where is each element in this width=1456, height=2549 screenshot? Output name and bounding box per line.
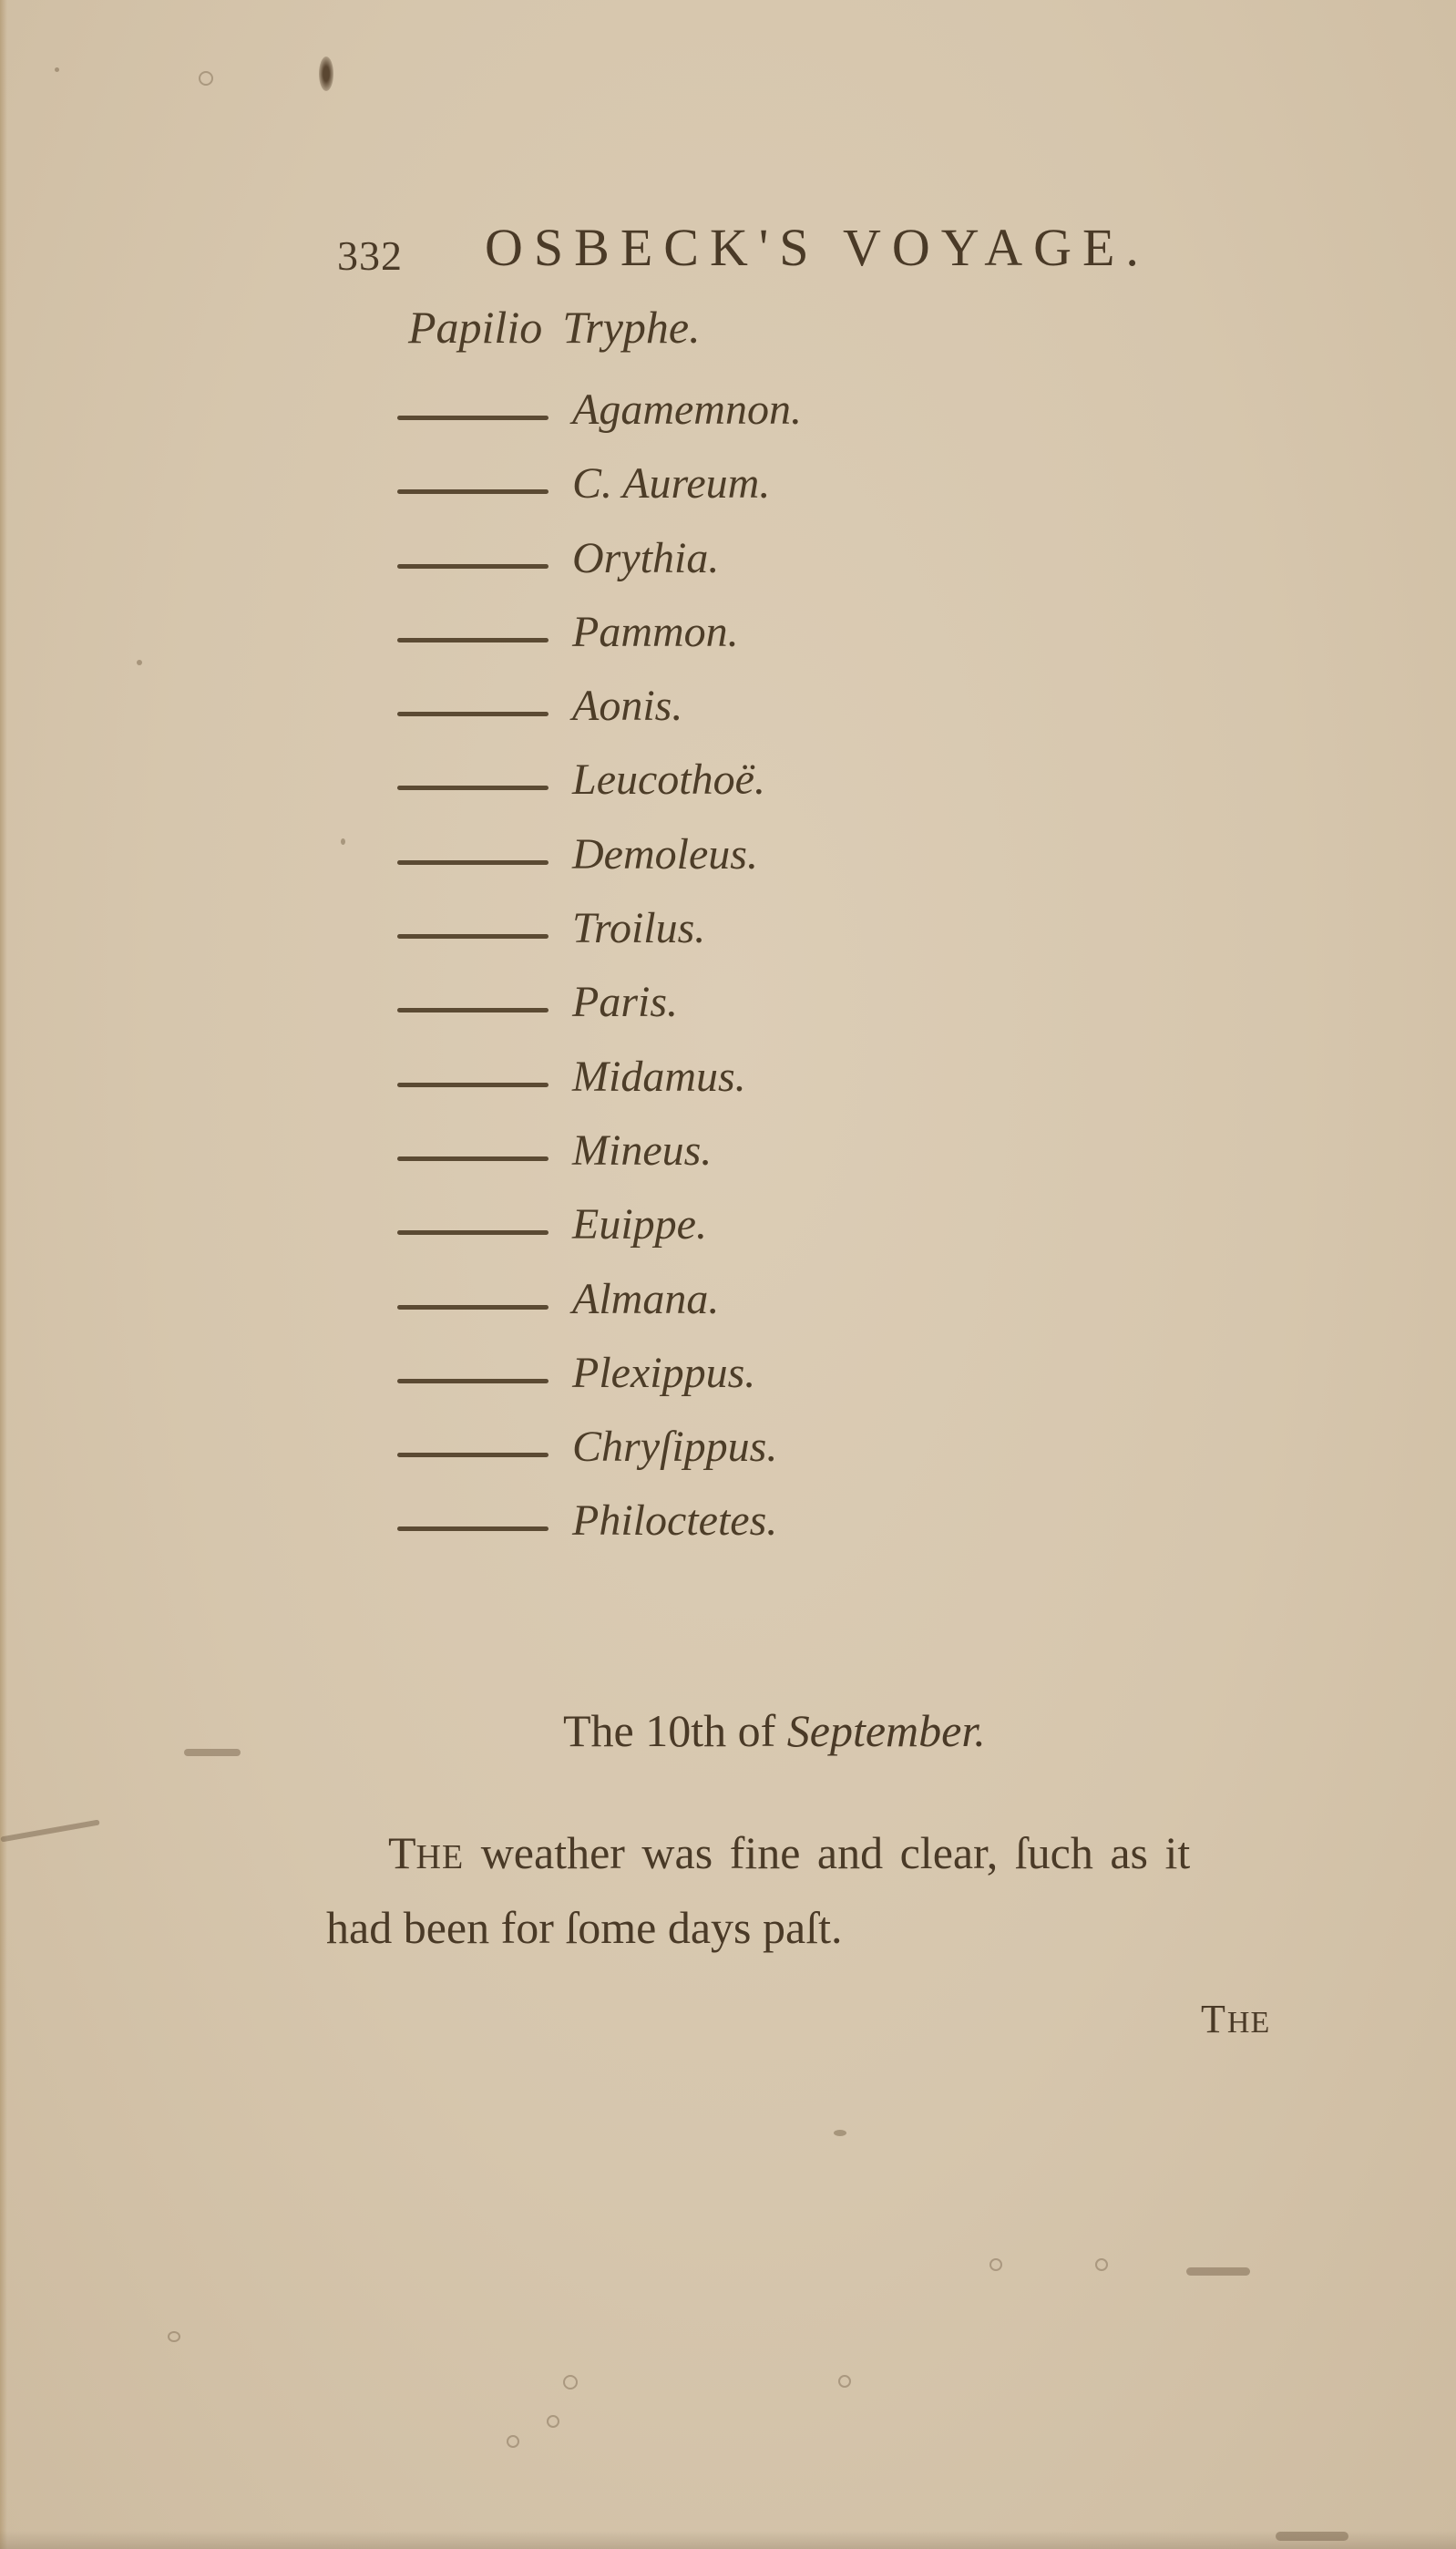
ditto-rule [397, 712, 549, 716]
species-name: Philoctetes. [572, 1495, 777, 1546]
page-number: 332 [337, 231, 403, 280]
date-heading-prefix: The 10th of [563, 1705, 787, 1756]
paper-smudge-decoration [1276, 2532, 1348, 2541]
species-name: Almana. [572, 1274, 719, 1324]
paper-speck-decoration [341, 838, 345, 845]
species-row: Pammon. [392, 607, 1030, 681]
catchword: THE [1201, 1996, 1270, 2042]
date-heading-month: September. [787, 1705, 986, 1756]
ditto-rule [397, 1453, 549, 1457]
small-caps-initial: T [388, 1827, 416, 1878]
species-row: Midamus. [392, 1052, 1030, 1125]
paper-speck-decoration [838, 2375, 851, 2388]
species-list-heading: PapilioTryphe. [408, 301, 701, 354]
paper-speck-decoration [168, 2331, 180, 2342]
paper-speck-decoration [563, 2375, 578, 2390]
species-name: Plexippus. [572, 1348, 755, 1398]
species-row: Almana. [392, 1274, 1030, 1348]
ditto-rule [397, 1305, 549, 1310]
paper-smudge-decoration [184, 1749, 241, 1756]
ditto-rule [397, 416, 549, 420]
species-name: C. Aureum. [572, 458, 770, 509]
paper-speck-decoration [834, 2130, 846, 2136]
species-name: Orythia. [572, 533, 719, 583]
species-name: Agamemnon. [572, 385, 802, 435]
species-row: Philoctetes. [392, 1495, 1030, 1569]
ditto-rule [397, 1083, 549, 1087]
running-head: 332 OSBECK'S VOYAGE. [337, 217, 1248, 281]
species-row: Mineus. [392, 1125, 1030, 1199]
paper-speck-decoration [1095, 2258, 1108, 2271]
date-heading: The 10th of September. [563, 1704, 986, 1757]
running-title: OSBECK'S VOYAGE. [485, 217, 1150, 278]
ditto-rule [397, 786, 549, 790]
paragraph-line-1-text: weather was fine and clear, ſuch as it [464, 1827, 1190, 1878]
ditto-rule [397, 1379, 549, 1383]
catchword-initial: T [1201, 1997, 1227, 2041]
paragraph-line-1: THE weather was fine and clear, ſuch as … [326, 1818, 1310, 1893]
species-name: Euippe. [572, 1199, 707, 1249]
species-name: Leucothoë. [572, 755, 765, 805]
species-row: Agamemnon. [392, 385, 1030, 458]
ditto-rule [397, 1156, 549, 1161]
species-row: Orythia. [392, 533, 1030, 607]
species-name: Chryſippus. [572, 1422, 777, 1472]
ditto-rule [397, 1008, 549, 1012]
catchword-rest: HE [1227, 2006, 1270, 2040]
paper-speck-decoration [507, 2435, 519, 2448]
species-name: Pammon. [572, 607, 739, 657]
paragraph-line-2: had been for ſome days paſt. [326, 1893, 1310, 1963]
ditto-rule [397, 564, 549, 569]
first-species-name: Tryphe. [562, 302, 700, 353]
ink-blot-decoration [319, 57, 333, 91]
ditto-rule [397, 638, 549, 642]
species-row: Troilus. [392, 903, 1030, 977]
species-list: Agamemnon. C. Aureum. Orythia. Pammon. A… [392, 385, 1030, 1570]
ditto-rule [397, 934, 549, 939]
species-row: Euippe. [392, 1199, 1030, 1273]
species-row: Leucothoë. [392, 755, 1030, 828]
species-row: C. Aureum. [392, 458, 1030, 532]
species-row: Chryſippus. [392, 1422, 1030, 1495]
species-name: Troilus. [572, 903, 705, 953]
species-name: Mineus. [572, 1125, 712, 1176]
body-paragraph: THE weather was fine and clear, ſuch as … [326, 1818, 1310, 1963]
genus-name: Papilio [408, 302, 542, 353]
species-name: Aonis. [572, 681, 682, 731]
paper-smudge-decoration [0, 1819, 99, 1842]
species-row: Demoleus. [392, 829, 1030, 903]
paper-speck-decoration [547, 2415, 559, 2428]
paper-speck-decoration [55, 67, 59, 72]
species-row: Paris. [392, 977, 1030, 1051]
page-bottom-edge-shadow [0, 2531, 1456, 2549]
small-caps-rest: HE [416, 1838, 465, 1876]
species-row: Plexippus. [392, 1348, 1030, 1422]
species-name: Paris. [572, 977, 678, 1027]
ditto-rule [397, 489, 549, 494]
ditto-rule [397, 1526, 549, 1531]
species-row: Aonis. [392, 681, 1030, 755]
ditto-rule [397, 860, 549, 865]
ditto-rule [397, 1230, 549, 1235]
paper-speck-decoration [199, 71, 213, 86]
book-page: 332 OSBECK'S VOYAGE. PapilioTryphe. Agam… [0, 0, 1456, 2549]
paper-speck-decoration [989, 2258, 1002, 2271]
species-name: Demoleus. [572, 829, 758, 879]
page-left-edge-shadow [0, 0, 7, 2549]
paper-speck-decoration [137, 660, 142, 665]
paper-smudge-decoration [1186, 2267, 1250, 2276]
species-name: Midamus. [572, 1052, 746, 1102]
